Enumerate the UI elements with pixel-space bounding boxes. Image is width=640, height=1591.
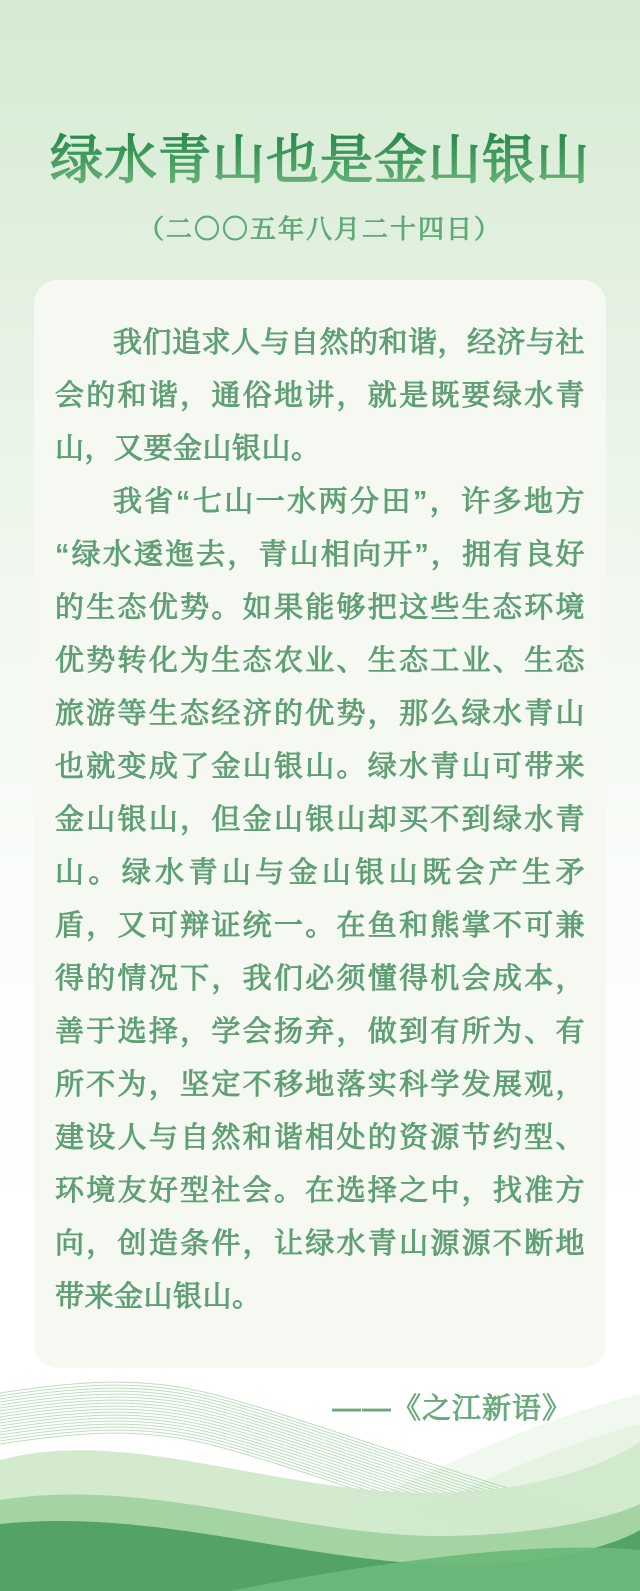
page-title: 绿水青山也是金山银山 (0, 132, 640, 190)
body-paragraph-1: 我们追求人与自然的和谐，经济与社会的和谐，通俗地讲，就是既要绿水青山，又要金山银… (55, 317, 585, 476)
body-paragraph-2: 我省“七山一水两分田”，许多地方“绿水逶迤去，青山相向开”，拥有良好的生态优势。… (55, 476, 585, 1324)
content-card: 我们追求人与自然的和谐，经济与社会的和谐，通俗地讲，就是既要绿水青山，又要金山银… (34, 280, 606, 1368)
poster-header: 绿水青山也是金山银山 （二〇〇五年八月二十四日） (0, 0, 640, 244)
date-line: （二〇〇五年八月二十四日） (0, 214, 640, 244)
attribution: ——《之江新语》 (0, 1392, 640, 1426)
